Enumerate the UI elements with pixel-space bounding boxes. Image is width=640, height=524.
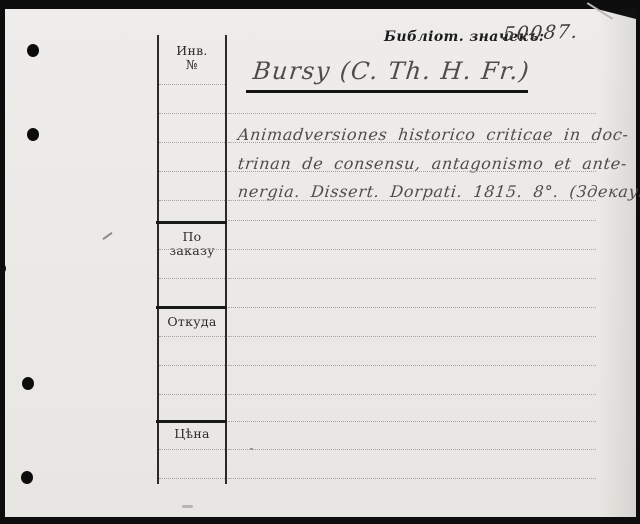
author-underline	[246, 90, 528, 93]
label-cena: Цѣна	[158, 427, 226, 441]
author-heading: Bursy (C. Th. H. Fr.)	[252, 57, 532, 85]
scan-edge-left	[0, 0, 5, 524]
label-otkuda: Откуда	[158, 315, 226, 329]
ruled-dotted-line	[159, 278, 225, 279]
label-inventory-number: Инв. №	[158, 44, 226, 72]
ruled-dotted-line	[228, 220, 596, 221]
ruled-dotted-line	[228, 142, 596, 143]
ruled-dotted-line	[159, 394, 225, 395]
ruled-dotted-line	[228, 249, 596, 250]
ruled-dotted-line	[228, 421, 596, 422]
ruled-dotted-line	[159, 249, 225, 250]
label-inventory-line1: Инв.	[176, 43, 207, 58]
scan-edge-bottom	[0, 517, 640, 524]
scan-edge-blemish	[0, 264, 6, 273]
ruled-dotted-line	[228, 449, 596, 450]
ruled-dotted-line	[159, 142, 225, 143]
library-badge-number: 50087.	[502, 21, 580, 46]
title-line: nergia. Dissert. Dorpati. 1815. 8°. (Зде…	[237, 182, 640, 201]
ruled-dotted-line	[159, 171, 225, 172]
ruled-dotted-line	[228, 278, 596, 279]
cell-border	[156, 221, 227, 224]
pencil-tick-mark	[102, 232, 112, 240]
paper-smudge	[182, 505, 193, 508]
ruled-dotted-line	[228, 200, 596, 201]
ruled-dotted-line	[228, 365, 596, 366]
ruled-dotted-line	[228, 336, 596, 337]
label-po-zakazu: По заказу	[158, 230, 226, 258]
ruled-dotted-line	[159, 84, 225, 85]
punch-hole	[27, 44, 39, 57]
punch-hole	[22, 377, 34, 390]
cell-border	[156, 306, 227, 309]
ruled-dotted-line	[228, 171, 596, 172]
punch-hole	[21, 471, 33, 484]
column-left-rule	[157, 35, 159, 484]
ruled-dotted-line	[228, 113, 596, 114]
ruled-dotted-line	[228, 307, 596, 308]
ruled-dotted-line	[159, 336, 225, 337]
ruled-dotted-line	[228, 394, 596, 395]
ruled-dotted-line	[159, 113, 225, 114]
punch-hole	[27, 128, 39, 141]
column-right-rule	[225, 35, 227, 484]
label-inventory-line2: №	[186, 57, 198, 72]
ruled-dotted-line	[159, 200, 225, 201]
ruled-dotted-line	[159, 449, 225, 450]
ruled-dotted-line	[228, 478, 596, 479]
cell-border	[156, 420, 227, 423]
scanned-catalog-card: Инв. № По заказу Откуда Цѣна Библіот. зн…	[0, 0, 640, 524]
scan-edge-top	[0, 0, 640, 9]
scan-edge-right	[636, 0, 640, 524]
paper-right-shading	[598, 9, 636, 517]
ruled-dotted-line	[159, 478, 225, 479]
ruled-dotted-line	[159, 365, 225, 366]
